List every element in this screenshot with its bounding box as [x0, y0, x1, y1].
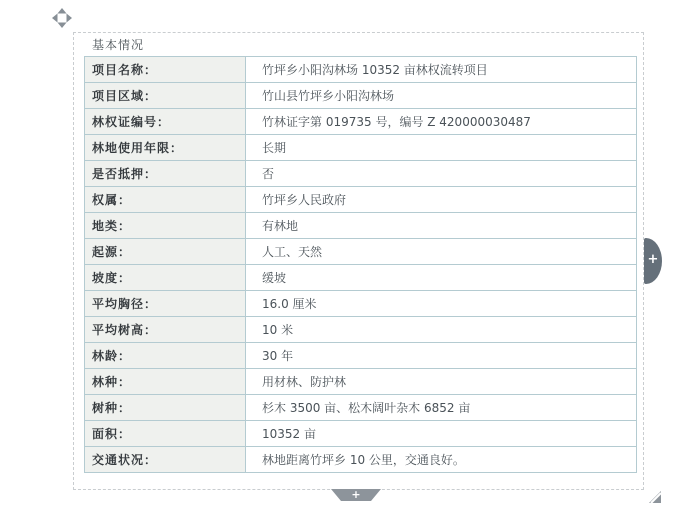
row-label: 林地使用年限： — [85, 135, 246, 161]
row-value: 竹林证字第 019735 号，编号 Z 420000030487 — [246, 109, 637, 135]
table-row: 平均树高： 10 米 — [85, 317, 637, 343]
table-row: 权属： 竹坪乡人民政府 — [85, 187, 637, 213]
table-row: 交通状况： 林地距离竹坪乡 10 公里，交通良好。 — [85, 447, 637, 473]
row-label: 地类： — [85, 213, 246, 239]
table-row: 起源： 人工、天然 — [85, 239, 637, 265]
panel-title: 基本情况 — [85, 34, 144, 56]
expand-right-button[interactable]: + — [644, 238, 662, 284]
row-value: 10 米 — [246, 317, 637, 343]
table-row: 树种： 杉木 3500 亩、松木阔叶杂木 6852 亩 — [85, 395, 637, 421]
row-label: 树种： — [85, 395, 246, 421]
row-label: 项目区域： — [85, 83, 246, 109]
row-label: 是否抵押： — [85, 161, 246, 187]
row-label: 交通状况： — [85, 447, 246, 473]
row-value: 16.0 厘米 — [246, 291, 637, 317]
info-widget: 基本情况 项目名称： 竹坪乡小阳沟林场 10352 亩林权流转项目 项目区域： … — [73, 32, 644, 490]
table-row: 林地使用年限： 长期 — [85, 135, 637, 161]
table-row: 项目区域： 竹山县竹坪乡小阳沟林场 — [85, 83, 637, 109]
table-row: 林种： 用材林、防护林 — [85, 369, 637, 395]
row-value: 林地距离竹坪乡 10 公里，交通良好。 — [246, 447, 637, 473]
resize-grip-icon — [648, 489, 662, 506]
row-label: 林龄： — [85, 343, 246, 369]
row-value: 竹坪乡人民政府 — [246, 187, 637, 213]
table-row: 项目名称： 竹坪乡小阳沟林场 10352 亩林权流转项目 — [85, 57, 637, 83]
info-table: 项目名称： 竹坪乡小阳沟林场 10352 亩林权流转项目 项目区域： 竹山县竹坪… — [84, 56, 637, 473]
table-row: 平均胸径： 16.0 厘米 — [85, 291, 637, 317]
row-value: 否 — [246, 161, 637, 187]
row-label: 起源： — [85, 239, 246, 265]
row-value: 杉木 3500 亩、松木阔叶杂木 6852 亩 — [246, 395, 637, 421]
row-label: 平均树高： — [85, 317, 246, 343]
table-row: 面积： 10352 亩 — [85, 421, 637, 447]
table-row: 坡度： 缓坡 — [85, 265, 637, 291]
row-label: 林权证编号： — [85, 109, 246, 135]
table-row: 是否抵押： 否 — [85, 161, 637, 187]
table-row: 地类： 有林地 — [85, 213, 637, 239]
row-value: 人工、天然 — [246, 239, 637, 265]
info-table-body: 项目名称： 竹坪乡小阳沟林场 10352 亩林权流转项目 项目区域： 竹山县竹坪… — [85, 57, 637, 473]
row-label: 林种： — [85, 369, 246, 395]
resize-grip[interactable] — [648, 489, 662, 503]
row-label: 项目名称： — [85, 57, 246, 83]
row-value: 竹山县竹坪乡小阳沟林场 — [246, 83, 637, 109]
row-label: 坡度： — [85, 265, 246, 291]
row-label: 平均胸径： — [85, 291, 246, 317]
row-value: 30 年 — [246, 343, 637, 369]
move-arrows-icon — [52, 13, 72, 32]
row-value: 10352 亩 — [246, 421, 637, 447]
row-value: 有林地 — [246, 213, 637, 239]
table-row: 林龄： 30 年 — [85, 343, 637, 369]
row-value: 长期 — [246, 135, 637, 161]
add-button[interactable]: + — [331, 489, 381, 501]
row-label: 面积： — [85, 421, 246, 447]
row-value: 缓坡 — [246, 265, 637, 291]
row-label: 权属： — [85, 187, 246, 213]
table-row: 林权证编号： 竹林证字第 019735 号，编号 Z 420000030487 — [85, 109, 637, 135]
move-handle[interactable] — [52, 8, 72, 28]
row-value: 竹坪乡小阳沟林场 10352 亩林权流转项目 — [246, 57, 637, 83]
row-value: 用材林、防护林 — [246, 369, 637, 395]
